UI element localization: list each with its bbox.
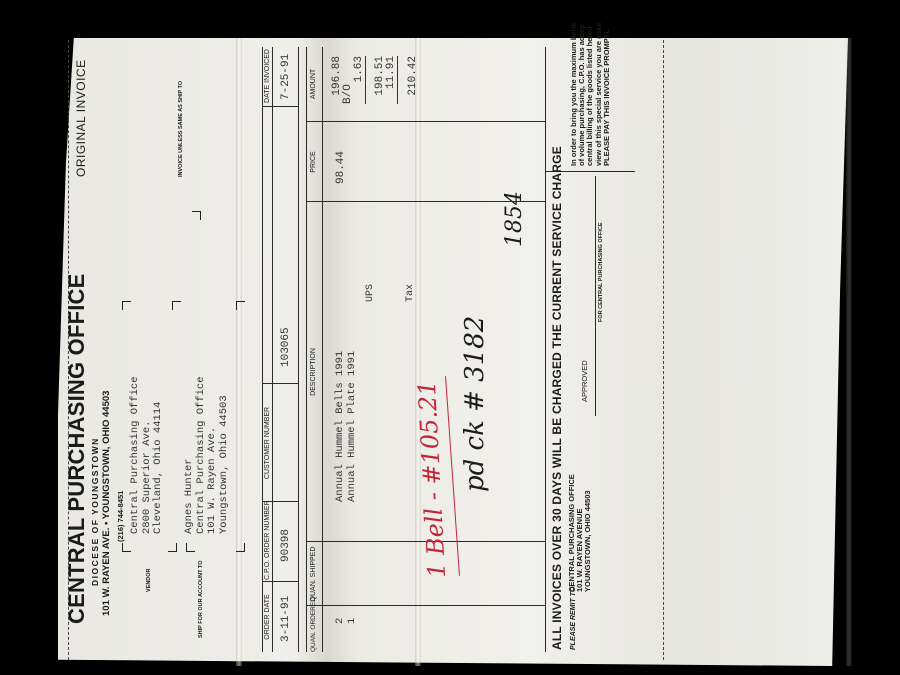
remit-label: PLEASE REMIT TO: xyxy=(570,584,577,650)
approved-label: APPROVED xyxy=(580,360,589,402)
date-invoiced-label: DATE INVOICED xyxy=(264,48,271,104)
ups-label: UPS xyxy=(365,284,376,302)
ship-to-line: 101 W. Rayen Ave. xyxy=(207,376,219,534)
handwritten-red-note: 1 Bell - #105.21 xyxy=(413,380,451,579)
table-border xyxy=(272,47,273,652)
item-description: Annual Hummel Plate 1991 xyxy=(347,351,359,502)
tax-label: Tax xyxy=(405,284,416,302)
address-corner xyxy=(186,543,195,552)
org-subtitle: DIOCESE OF YOUNGSTOWN xyxy=(90,437,100,586)
ship-to-line: Youngstown, Ohio 44503 xyxy=(219,376,231,534)
description-values: Annual Hummel Bells 1991Annual Hummel Pl… xyxy=(335,351,358,502)
address-corner xyxy=(236,301,245,310)
prompt-payment-note: In order to bring you the maximum beneof… xyxy=(570,22,611,166)
cp-order-label: C.P.O. ORDER NUMBER xyxy=(264,504,271,580)
org-address: 101 W. RAYEN AVE. • YOUNGSTOWN, OHIO 445… xyxy=(101,391,112,616)
quan-ordered-values: 21 xyxy=(335,618,358,624)
ship-to-address: Agnes HunterCentral Purchasing Office101… xyxy=(184,376,230,534)
customer-number: 103065 xyxy=(280,327,292,367)
paper-fold xyxy=(846,38,852,666)
for-cpo-label: FOR CENTRAL PURCHASING OFFICE xyxy=(598,222,604,322)
vendor-address: Central Purchasing Office2800 Superior A… xyxy=(130,376,165,534)
approval-signature-line xyxy=(595,176,596,416)
table-border xyxy=(306,47,307,652)
ship-to-line: Agnes Hunter xyxy=(184,376,196,534)
invoice-note-label: INVOICE UNLESS SAME AS SHIP TO xyxy=(178,81,184,177)
table-border xyxy=(262,47,263,652)
quan-ordered-label: QUAN. ORDERED xyxy=(310,606,317,652)
handwritten-check-note: pd ck # 3182 xyxy=(460,316,490,492)
org-name: CENTRAL PURCHASING OFFICE xyxy=(64,274,90,625)
vendor-label: VENDOR xyxy=(146,568,152,592)
table-divider xyxy=(262,581,298,582)
service-charge-warning: ALL INVOICES OVER 30 DAYS WILL BE CHARGE… xyxy=(550,146,564,650)
address-corner xyxy=(168,543,177,552)
table-border xyxy=(545,47,546,652)
perforation-line xyxy=(663,40,664,660)
address-corner xyxy=(192,211,201,220)
ship-to-label: SHIP FOR OUR ACCOUNT TO xyxy=(198,560,204,638)
table-divider xyxy=(306,605,545,606)
table-divider xyxy=(262,106,298,107)
tax-amount: 11.91 xyxy=(386,56,398,104)
total-amount: 210.42 xyxy=(408,56,419,104)
order-date-label: ORDER DATE xyxy=(264,587,271,647)
table-border xyxy=(298,47,299,652)
quan-shipped-label: QUAN. SHIPPED xyxy=(310,543,317,605)
address-corner xyxy=(122,301,131,310)
item-description: Annual Hummel Bells 1991 xyxy=(335,351,347,502)
table-divider xyxy=(306,121,545,122)
price-label: PRICE xyxy=(310,124,317,200)
address-corner xyxy=(122,543,131,552)
amount-label: AMOUNT xyxy=(310,48,317,120)
invoice-document: CENTRAL PURCHASING OFFICE DIOCESE OF YOU… xyxy=(60,32,635,652)
backorder-amount: 1.63 xyxy=(354,56,366,104)
vendor-line: Cleveland, Ohio 44114 xyxy=(153,376,165,534)
customer-number-label: CUSTOMER NUMBER xyxy=(264,386,271,500)
note-line: PLEASE PAY THIS INVOICE PROMPTL xyxy=(603,22,611,166)
doc-type-label: ORIGINAL INVOICE xyxy=(74,59,88,177)
quan-ordered: 2 xyxy=(335,618,347,624)
remit-line: YOUNGSTOWN, OHIO 44503 xyxy=(584,474,592,592)
address-corner xyxy=(172,301,181,310)
date-invoiced: 7-25-91 xyxy=(280,54,292,100)
handwritten-check-number: 1854 xyxy=(502,191,527,247)
table-divider xyxy=(262,383,298,384)
order-date: 3-11-91 xyxy=(280,596,292,642)
description-label: DESCRIPTION xyxy=(310,204,317,540)
table-border xyxy=(322,47,323,652)
org-phone: (216) 744-8451 xyxy=(116,491,125,542)
address-corner xyxy=(236,543,245,552)
remit-address: CENTRAL PURCHASING OFFICE101 W. RAYEN AV… xyxy=(568,474,592,592)
quan-ordered: 1 xyxy=(347,618,359,624)
vendor-line: Central Purchasing Office xyxy=(130,376,142,534)
unit-price: 98.44 xyxy=(335,151,347,184)
cp-order-number: 90398 xyxy=(280,529,292,562)
